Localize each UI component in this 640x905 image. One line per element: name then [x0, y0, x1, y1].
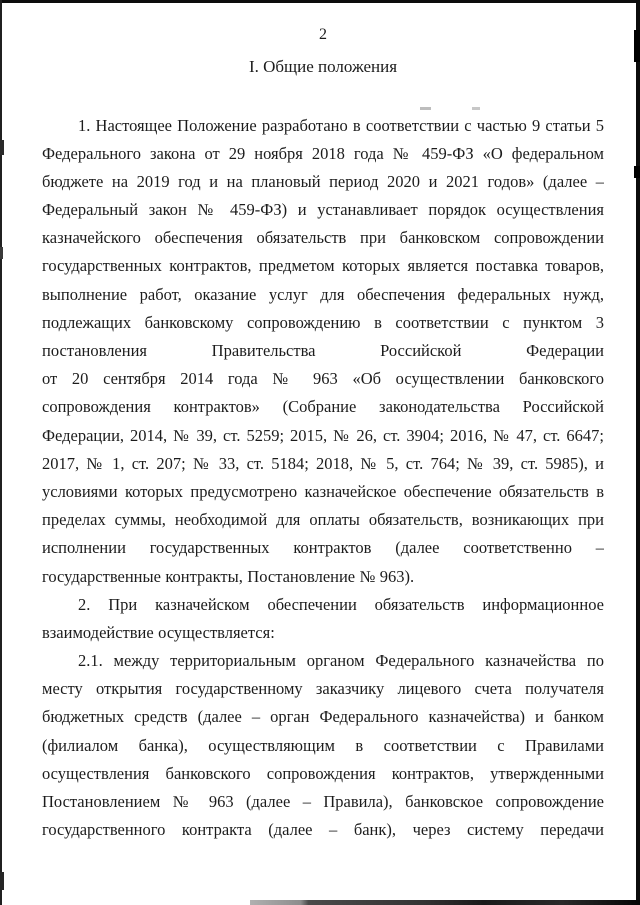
text-line: 2.1. между территориальным органом Федер… [42, 647, 604, 675]
scan-speck [634, 30, 640, 62]
text-line: месту открытия государственному заказчик… [42, 675, 604, 703]
text-line: (филиалом банка), осуществляющим в соотв… [42, 732, 604, 760]
text-line: 1. Настоящее Положение разработано в соо… [42, 112, 604, 140]
scanned-document-page: 2 I. Общие положения 1. Настоящее Положе… [0, 0, 640, 905]
text-line: казначейского обеспечения обязательств п… [42, 224, 604, 252]
document-body: 1. Настоящее Положение разработано в соо… [42, 112, 604, 845]
text-line: 2. При казначейском обеспечении обязател… [42, 591, 604, 619]
scan-edge-top [0, 0, 640, 3]
section-heading: I. Общие положения [42, 56, 604, 78]
text-line: условиями которых предусмотрено казначей… [42, 478, 604, 506]
scan-speck [634, 166, 640, 178]
text-line: исполнении государственных контрактов (д… [42, 534, 604, 562]
scan-edge-bottom [250, 900, 640, 905]
text-line: постановления Правительства Российской Ф… [42, 337, 604, 365]
text-line: Федерального закона от 29 ноября 2018 го… [42, 140, 604, 168]
scan-speck [0, 247, 3, 259]
scan-edge-left [0, 0, 2, 905]
text-line: Федерации, 2014, № 39, ст. 5259; 2015, №… [42, 422, 604, 450]
text-line: государственные контракты, Постановление… [42, 563, 604, 591]
text-line: бюджете на 2019 год и на плановый период… [42, 168, 604, 196]
paragraph-item-2: 2. При казначейском обеспечении обязател… [42, 591, 604, 647]
text-line: Постановлением № 963 (далее – Правила), … [42, 788, 604, 816]
text-line: подлежащих банковскому сопровождению в с… [42, 309, 604, 337]
text-line: сопровождения контрактов» (Собрание зако… [42, 393, 604, 421]
text-line: бюджетных средств (далее – орган Федерал… [42, 703, 604, 731]
paragraph-item-2-1: 2.1. между территориальным органом Федер… [42, 647, 604, 844]
text-line: осуществления банковского сопровождения … [42, 760, 604, 788]
text-line: выполнение работ, оказание услуг для обе… [42, 281, 604, 309]
text-line: 2017, № 1, ст. 207; № 33, ст. 5184; 2018… [42, 450, 604, 478]
page-number: 2 [42, 27, 604, 43]
text-line: от 20 сентября 2014 года № 963 «Об осуще… [42, 365, 604, 393]
scan-edge-right [636, 0, 640, 905]
paragraph-item-1: 1. Настоящее Положение разработано в соо… [42, 112, 604, 591]
scan-speck [0, 140, 4, 155]
scan-speck [0, 872, 4, 890]
scan-smudge [472, 107, 480, 110]
text-line: взаимодействие осуществляется: [42, 619, 604, 647]
text-line: Федеральный закон № 459-ФЗ) и устанавлив… [42, 196, 604, 224]
text-line: государственных контрактов, предметом ко… [42, 252, 604, 280]
text-line: государственного контракта (далее – банк… [42, 816, 604, 844]
text-line: пределах суммы, необходимой для оплаты о… [42, 506, 604, 534]
scan-smudge [420, 107, 431, 110]
